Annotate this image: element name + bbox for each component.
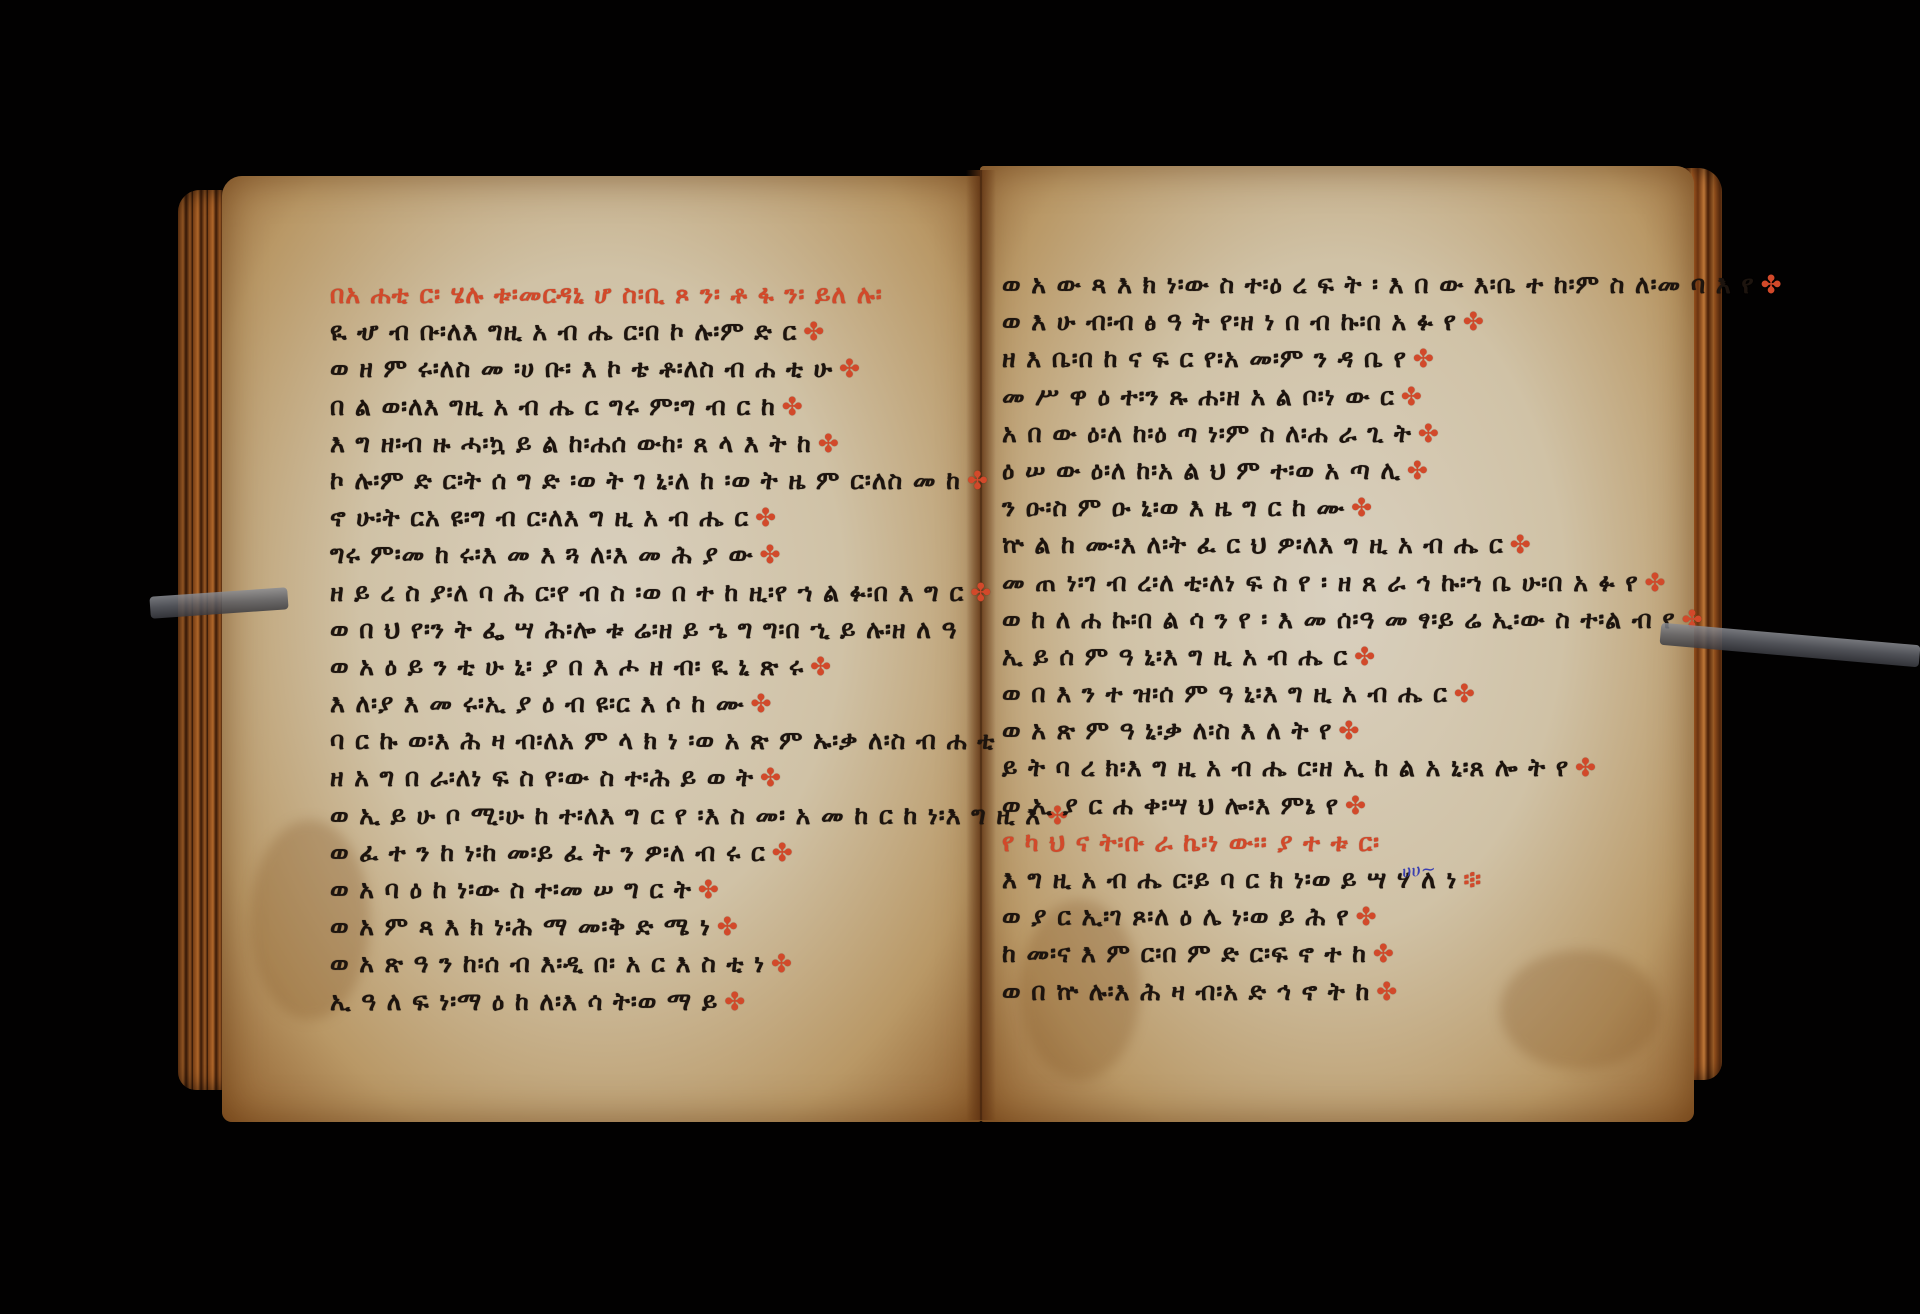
- line-text: ኢ ይ ሰ ም ዓ ኒ፡እ ግ ዚ አ ብ ሔ ር: [1002, 642, 1348, 671]
- line-text: ወ እ ሁ ብ፡ብ ፅ ዓ ት የ፡ዘ ነ በ ብ ኩ፡በ አ ፉ የ: [1002, 307, 1457, 336]
- line-text: እ ግ ዘ፡ብ ዙ ሓ፡ኳ ይ ል ከ፡ሐሰ ውከ፡ ጸ ላ እ ት ከ: [330, 429, 812, 458]
- cross-punctuation-icon: ✤: [1463, 307, 1485, 336]
- manuscript-line: በአ ሐቲ ር፡ ሄሉ ቱ፡መርዳኒ ሆ ስ፡ቢ ጾ ን፡ ቶ ፋ ን፡ ይለ …: [330, 276, 950, 313]
- cross-punctuation-icon: ✤: [967, 466, 989, 495]
- right-page-text: ወ አ ው ጻ እ ክ ነ፡ው ስ ተ፡ዕ ረ ፍ ት ፡ እ በ ው እ፡ቤ …: [1002, 266, 1602, 1010]
- manuscript-line: ወ አ ጽ ም ዓ ኒ፡ቃ ለ፡ስ እ ለ ት የ✤: [1002, 712, 1602, 749]
- cross-punctuation-icon: ✤: [782, 392, 804, 421]
- manuscript-line: ኢ ዓ ለ ፍ ነ፡ማ ዕ ከ ለ፡እ ሳ ት፡ወ ማ ይ✤: [330, 983, 950, 1020]
- manuscript-line: ዘ አ ግ በ ራ፡ለነ ፍ ስ የ፡ው ስ ተ፡ሕ ይ ወ ት✤: [330, 759, 950, 796]
- manuscript-line: ዕ ሠ ው ዕ፡ለ ከ፡አ ል ህ ም ተ፡ወ አ ጣ ሊ✤: [1002, 452, 1602, 489]
- line-text: ወ ከ ለ ሐ ኩ፡በ ል ሳ ን የ ፡ እ መ ሰ፡ዓ መ ፃ፡ይ ሬ ኢ፡…: [1002, 605, 1676, 634]
- manuscript-line: እ ግ ዚ አ ብ ሔ ር፡ይ ባ ር ክ ነ፡ወ ይ ሣ ሃ ለ ነ፨: [1002, 861, 1602, 898]
- cross-punctuation-icon: ✤: [803, 317, 825, 346]
- line-text: ወ ኢ ያ ር ሐ ቀ፡ሣ ህ ሎ፡እ ምኔ የ: [1002, 791, 1339, 820]
- cross-punctuation-icon: ✤: [1356, 902, 1378, 931]
- line-text: ወ ያ ር ኢ፡ገ ጾ፡ለ ዕ ሌ ነ፡ወ ይ ሕ የ: [1002, 902, 1350, 931]
- left-page-text: በአ ሐቲ ር፡ ሄሉ ቱ፡መርዳኒ ሆ ስ፡ቢ ጾ ን፡ ቶ ፋ ን፡ ይለ …: [330, 276, 950, 1020]
- cross-punctuation-icon: ✤: [1510, 530, 1532, 559]
- book-gutter: [966, 170, 996, 1120]
- line-text: በ ል ወ፡ለእ ግዚ አ ብ ሔ ር ግሩ ም፡ግ ብ ር ከ: [330, 392, 776, 421]
- line-text: ባ ር ኩ ወ፡እ ሕ ዛ ብ፡ለአ ም ላ ክ ነ ፡ወ አ ጽ ም ኡ፡ቃ …: [330, 726, 995, 755]
- line-text: ከ መ፡ና እ ም ር፡በ ም ድ ር፡ፍ ኖ ተ ከ: [1002, 939, 1367, 968]
- cross-punctuation-icon: ✤: [1645, 568, 1667, 597]
- manuscript-line: እ ግ ዘ፡ብ ዙ ሓ፡ኳ ይ ል ከ፡ሐሰ ውከ፡ ጸ ላ እ ት ከ✤: [330, 425, 950, 462]
- line-text: ኮ ሉ፡ም ድ ር፡ት ሰ ግ ድ ፡ወ ት ገ ኒ፡ለ ከ ፡ወ ት ዜ ም …: [330, 466, 961, 495]
- line-text: ወ ዘ ም ሩ፡ለስ መ ፡ሀ ቡ፡ እ ኮ ቴ ቶ፡ለስ ብ ሐ ቲ ሁ: [330, 354, 833, 383]
- manuscript-line: ወ ዘ ም ሩ፡ለስ መ ፡ሀ ቡ፡ እ ኮ ቴ ቶ፡ለስ ብ ሐ ቲ ሁ✤: [330, 350, 950, 387]
- cross-punctuation-icon: ✤: [818, 429, 840, 458]
- line-text: እ ግ ዚ አ ብ ሔ ር፡ይ ባ ር ክ ነ፡ወ ይ ሣ ሃ ለ ነ: [1002, 865, 1457, 894]
- manuscript-line: ይ ት ባ ረ ክ፡እ ግ ዚ አ ብ ሔ ር፡ዘ ኢ ከ ል አ ኒ፡ጸ ሎ …: [1002, 749, 1602, 786]
- cross-punctuation-icon: ✤: [810, 652, 832, 681]
- cross-punctuation-icon: ✤: [1373, 939, 1395, 968]
- cross-punctuation-icon: ✤: [1401, 382, 1423, 411]
- line-text: መ ጠ ነ፡ገ ብ ረ፡ለ ቲ፡ለነ ፍ ስ የ ፡ ዘ ጸ ራ ኅ ኩ፡ኀ ቤ…: [1002, 568, 1639, 597]
- manuscript-line: ወ በ ኵ ሉ፡እ ሕ ዛ ብ፡አ ድ ኅ ኖ ት ከ✤: [1002, 973, 1602, 1010]
- line-text: ዘ አ ግ በ ራ፡ለነ ፍ ስ የ፡ው ስ ተ፡ሕ ይ ወ ት: [330, 763, 754, 792]
- manuscript-line: ወ አ ው ጻ እ ክ ነ፡ው ስ ተ፡ዕ ረ ፍ ት ፡ እ በ ው እ፡ቤ …: [1002, 266, 1602, 303]
- manuscript-line: ኵ ል ከ ሙ፡እ ለ፡ት ፈ ር ህ ዎ፡ለእ ግ ዚ አ ብ ሔ ር✤: [1002, 526, 1602, 563]
- line-text: መ ሥ ዋ ዕ ተ፡ን ጹ ሐ፡ዘ አ ል ቦ፡ነ ው ር: [1002, 382, 1395, 411]
- cross-punctuation-icon: ✤: [1354, 642, 1376, 671]
- line-text: ወ አ ም ጻ እ ክ ነ፡ሕ ማ መ፡ቅ ድ ሜ ነ: [330, 912, 711, 941]
- manuscript-line: ወ ኢ ይ ሁ ቦ ሚ፡ሁ ከ ተ፡ለእ ግ ር የ ፡እ ስ መ፡ አ መ ከ…: [330, 797, 950, 834]
- manuscript-line: ወ አ ባ ዕ ከ ነ፡ው ስ ተ፡መ ሠ ግ ር ት✤: [330, 871, 950, 908]
- manuscript-line: ወ በ ህ የ፡ን ት ፌ ሣ ሕ፡ሎ ቱ ሬ፡ዘ ይ ኄ ግ ግ፡በ ኂ ይ …: [330, 611, 950, 648]
- manuscript-line: ን ዑ፡ስ ም ዑ ኒ፡ወ እ ዜ ግ ር ከ ሙ✤: [1002, 489, 1602, 526]
- cross-punctuation-icon: ✤: [751, 689, 773, 718]
- cross-punctuation-icon: ✤: [724, 987, 746, 1016]
- cross-punctuation-icon: ✤: [760, 763, 782, 792]
- manuscript-line: ዘ እ ቤ፡በ ከ ና ፍ ር የ፡አ መ፡ም ን ዳ ቤ የ✤: [1002, 340, 1602, 377]
- cross-punctuation-icon: ✤: [698, 875, 720, 904]
- cross-punctuation-icon: ✤: [1418, 419, 1440, 448]
- manuscript-line: ወ በ እ ን ተ ዝ፡ሰ ም ዓ ኒ፡እ ግ ዚ አ ብ ሔ ር✤: [1002, 675, 1602, 712]
- manuscript-line: የ ካ ህ ና ት፡ቡ ራ ኬ፡ነ ው፡፡ ያ ተ ቱ ር፡: [1002, 824, 1602, 861]
- line-text: ኢ ዓ ለ ፍ ነ፡ማ ዕ ከ ለ፡እ ሳ ት፡ወ ማ ይ: [330, 987, 718, 1016]
- manuscript-line: ወ ኢ ያ ር ሐ ቀ፡ሣ ህ ሎ፡እ ምኔ የ✤: [1002, 787, 1602, 824]
- manuscript-line: እ ለ፡ያ እ መ ሩ፡ኢ ያ ዕ ብ ዩ፡ር እ ሶ ከ ሙ✤: [330, 685, 950, 722]
- cross-punctuation-icon: ✤: [1407, 456, 1429, 485]
- line-text: ወ አ ው ጻ እ ክ ነ፡ው ስ ተ፡ዕ ረ ፍ ት ፡ እ በ ው እ፡ቤ …: [1002, 270, 1755, 299]
- line-text: ኵ ል ከ ሙ፡እ ለ፡ት ፈ ር ህ ዎ፡ለእ ግ ዚ አ ብ ሔ ር: [1002, 530, 1504, 559]
- line-text: ወ በ እ ን ተ ዝ፡ሰ ም ዓ ኒ፡እ ግ ዚ አ ብ ሔ ር: [1002, 679, 1448, 708]
- line-text: ኖ ሁ፡ት ርአ ዩ፡ግ ብ ር፡ለእ ግ ዚ አ ብ ሔ ር: [330, 503, 749, 532]
- cross-punctuation-icon: ✤: [1351, 493, 1373, 522]
- cross-punctuation-icon: ✤: [1575, 753, 1597, 782]
- cross-punctuation-icon: ✤: [1761, 270, 1783, 299]
- line-text: ወ አ ባ ዕ ከ ነ፡ው ስ ተ፡መ ሠ ግ ር ት: [330, 875, 692, 904]
- manuscript-line: ወ አ ጽ ዓ ን ከ፡ሰ ብ እ፡ዲ በ፡ አ ር እ ስ ቲ ነ✤: [330, 945, 950, 982]
- line-text: ወ አ ዕ ይ ን ቲ ሁ ኒ፡ ያ በ እ ሖ ዘ ብ፡ ዪ ኒ ጽ ሩ: [330, 652, 804, 681]
- line-text: አ በ ው ዕ፡ለ ከ፡ዕ ጣ ነ፡ም ስ ለ፡ሐ ራ ጊ ት: [1002, 419, 1412, 448]
- line-text: ግሩ ም፡መ ከ ሩ፡እ መ እ ጓ ለ፡እ መ ሕ ያ ው: [330, 540, 754, 569]
- line-text: ወ አ ጽ ዓ ን ከ፡ሰ ብ እ፡ዲ በ፡ አ ር እ ስ ቲ ነ: [330, 949, 765, 978]
- manuscript-line: ወ አ ዕ ይ ን ቲ ሁ ኒ፡ ያ በ እ ሖ ዘ ብ፡ ዪ ኒ ጽ ሩ✤: [330, 648, 950, 685]
- manuscript-line: ኮ ሉ፡ም ድ ር፡ት ሰ ግ ድ ፡ወ ት ገ ኒ፡ለ ከ ፡ወ ት ዜ ም …: [330, 462, 950, 499]
- line-text: ወ ኢ ይ ሁ ቦ ሚ፡ሁ ከ ተ፡ለእ ግ ር የ ፡እ ስ መ፡ አ መ ከ…: [330, 801, 1041, 830]
- cross-punctuation-icon: ✤: [1413, 344, 1435, 373]
- cross-punctuation-icon: ✤: [1345, 791, 1367, 820]
- cross-punctuation-icon: ✤: [970, 578, 992, 607]
- line-text: ዕ ሠ ው ዕ፡ለ ከ፡አ ል ህ ም ተ፡ወ አ ጣ ሊ: [1002, 456, 1401, 485]
- manuscript-line: ወ ከ ለ ሐ ኩ፡በ ል ሳ ን የ ፡ እ መ ሰ፡ዓ መ ፃ፡ይ ሬ ኢ፡…: [1002, 601, 1602, 638]
- manuscript-line: ወ እ ሁ ብ፡ብ ፅ ዓ ት የ፡ዘ ነ በ ብ ኩ፡በ አ ፉ የ✤: [1002, 303, 1602, 340]
- manuscript-line: አ በ ው ዕ፡ለ ከ፡ዕ ጣ ነ፡ም ስ ለ፡ሐ ራ ጊ ት✤: [1002, 415, 1602, 452]
- line-text: ዘ ይ ረ ስ ያ፡ለ ባ ሕ ር፡የ ብ ስ ፡ወ በ ተ ከ ዚ፡የ ኀ ል…: [330, 578, 964, 607]
- line-text: ን ዑ፡ስ ም ዑ ኒ፡ወ እ ዜ ግ ር ከ ሙ: [1002, 493, 1345, 522]
- line-text: ወ በ ህ የ፡ን ት ፌ ሣ ሕ፡ሎ ቱ ሬ፡ዘ ይ ኄ ግ ግ፡በ ኂ ይ …: [330, 615, 957, 644]
- line-text: ወ በ ኵ ሉ፡እ ሕ ዛ ብ፡አ ድ ኅ ኖ ት ከ: [1002, 977, 1370, 1006]
- manuscript-line: ዪ ሇ ብ ቡ፡ለእ ግዚ አ ብ ሔ ር፡በ ኮ ሉ፡ም ድ ር✤: [330, 313, 950, 350]
- cross-punctuation-icon: ✤: [760, 540, 782, 569]
- cross-punctuation-icon: ✤: [1338, 716, 1360, 745]
- line-text: በአ ሐቲ ር፡ ሄሉ ቱ፡መርዳኒ ሆ ስ፡ቢ ጾ ን፡ ቶ ፋ ን፡ ይለ …: [330, 280, 883, 309]
- manuscript-line: ኢ ይ ሰ ም ዓ ኒ፡እ ግ ዚ አ ብ ሔ ር✤: [1002, 638, 1602, 675]
- cross-punctuation-icon: ✤: [1376, 977, 1398, 1006]
- manuscript-line: ባ ር ኩ ወ፡እ ሕ ዛ ብ፡ለአ ም ላ ክ ነ ፡ወ አ ጽ ም ኡ፡ቃ …: [330, 722, 950, 759]
- manuscript-line: ኖ ሁ፡ት ርአ ዩ፡ግ ብ ር፡ለእ ግ ዚ አ ብ ሔ ር✤: [330, 499, 950, 536]
- manuscript-line: ወ ፈ ተ ን ከ ነ፡ከ መ፡ይ ፈ ት ን ዎ፡ለ ብ ሩ ር✤: [330, 834, 950, 871]
- manuscript-line: ግሩ ም፡መ ከ ሩ፡እ መ እ ጓ ለ፡እ መ ሕ ያ ው✤: [330, 536, 950, 573]
- line-text: እ ለ፡ያ እ መ ሩ፡ኢ ያ ዕ ብ ዩ፡ር እ ሶ ከ ሙ: [330, 689, 745, 718]
- cross-punctuation-icon: ✤: [772, 838, 794, 867]
- cross-punctuation-icon: ✤: [839, 354, 861, 383]
- manuscript-line: ወ ያ ር ኢ፡ገ ጾ፡ለ ዕ ሌ ነ፡ወ ይ ሕ የ✤: [1002, 898, 1602, 935]
- blue-marginal-note: ሀሀ~: [1401, 859, 1437, 883]
- line-text: ይ ት ባ ረ ክ፡እ ግ ዚ አ ብ ሔ ር፡ዘ ኢ ከ ል አ ኒ፡ጸ ሎ …: [1002, 753, 1569, 782]
- cross-punctuation-icon: ✤: [717, 912, 739, 941]
- manuscript-line: ዘ ይ ረ ስ ያ፡ለ ባ ሕ ር፡የ ብ ስ ፡ወ በ ተ ከ ዚ፡የ ኀ ል…: [330, 574, 950, 611]
- line-text: ወ አ ጽ ም ዓ ኒ፡ቃ ለ፡ስ እ ለ ት የ: [1002, 716, 1332, 745]
- manuscript-line: ወ አ ም ጻ እ ክ ነ፡ሕ ማ መ፡ቅ ድ ሜ ነ✤: [330, 908, 950, 945]
- line-text: ዪ ሇ ብ ቡ፡ለእ ግዚ አ ብ ሔ ር፡በ ኮ ሉ፡ም ድ ር: [330, 317, 797, 346]
- cross-punctuation-icon: ✤: [1454, 679, 1476, 708]
- line-text: ወ ፈ ተ ን ከ ነ፡ከ መ፡ይ ፈ ት ን ዎ፡ለ ብ ሩ ር: [330, 838, 766, 867]
- manuscript-line: በ ል ወ፡ለእ ግዚ አ ብ ሔ ር ግሩ ም፡ግ ብ ር ከ✤: [330, 388, 950, 425]
- manuscript-line: ከ መ፡ና እ ም ር፡በ ም ድ ር፡ፍ ኖ ተ ከ✤: [1002, 935, 1602, 972]
- line-text: የ ካ ህ ና ት፡ቡ ራ ኬ፡ነ ው፡፡ ያ ተ ቱ ር፡: [1002, 828, 1380, 857]
- cross-punctuation-icon: ✤: [755, 503, 777, 532]
- manuscript-line: መ ሥ ዋ ዕ ተ፡ን ጹ ሐ፡ዘ አ ል ቦ፡ነ ው ር✤: [1002, 378, 1602, 415]
- manuscript-line: መ ጠ ነ፡ገ ብ ረ፡ለ ቲ፡ለነ ፍ ስ የ ፡ ዘ ጸ ራ ኅ ኩ፡ኀ ቤ…: [1002, 564, 1602, 601]
- line-text: ዘ እ ቤ፡በ ከ ና ፍ ር የ፡አ መ፡ም ን ዳ ቤ የ: [1002, 344, 1407, 373]
- manuscript-photo: በአ ሐቲ ር፡ ሄሉ ቱ፡መርዳኒ ሆ ስ፡ቢ ጾ ን፡ ቶ ፋ ን፡ ይለ …: [0, 0, 1920, 1314]
- cross-punctuation-icon: ✤: [771, 949, 793, 978]
- cross-punctuation-icon: ፨: [1463, 865, 1482, 894]
